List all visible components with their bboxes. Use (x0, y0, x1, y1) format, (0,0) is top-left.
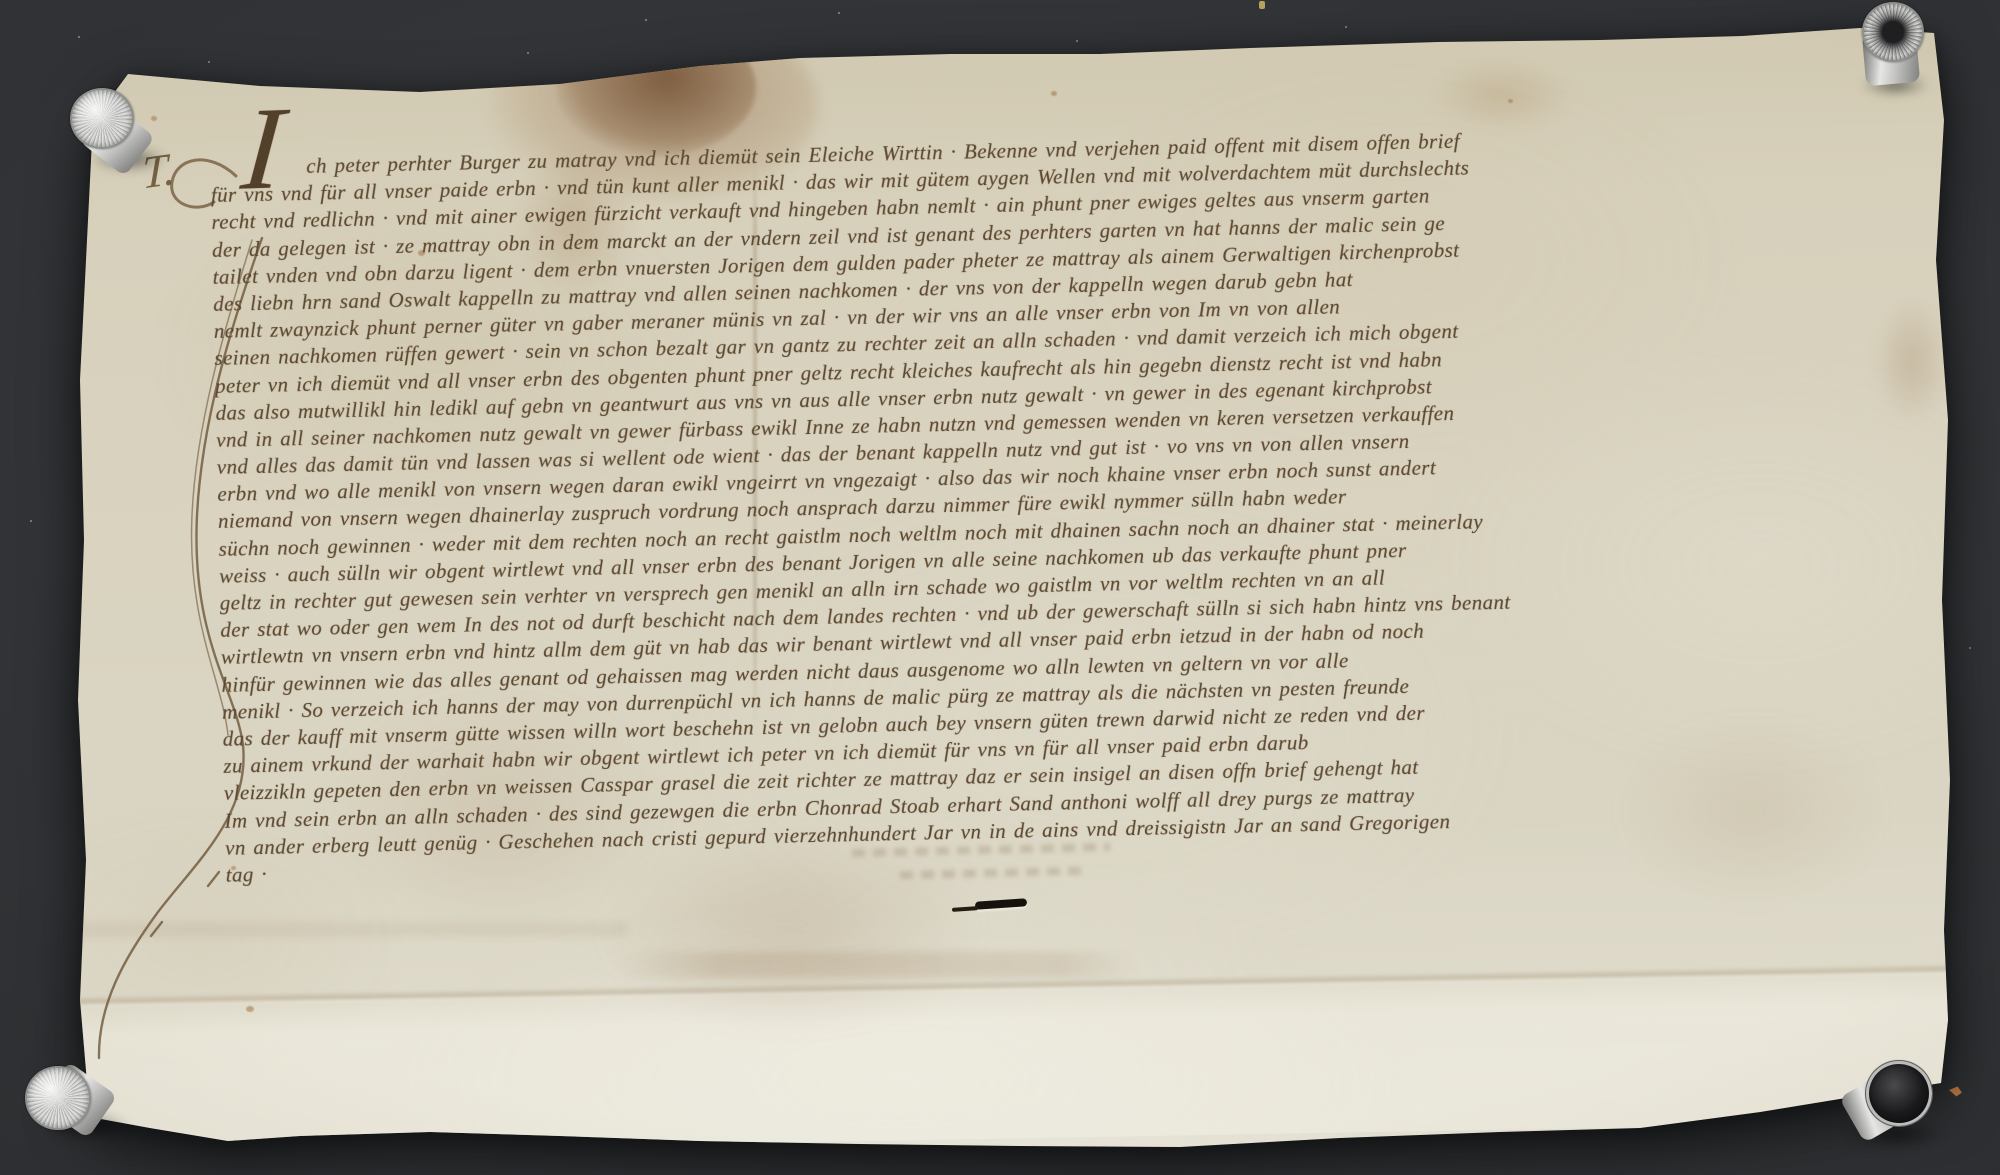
weight-face (1866, 1061, 1932, 1126)
photograph: T. I ch peter perhter Burger zu matray v… (0, 0, 2000, 1175)
parchment-charter: T. I ch peter perhter Burger zu matray v… (0, 0, 2000, 1175)
edge-shading (0, 0, 2000, 1175)
weight-face (25, 1066, 91, 1130)
parchment-wrap: T. I ch peter perhter Burger zu matray v… (0, 0, 2000, 1175)
weight-face (1862, 2, 1924, 62)
weight-face (70, 88, 134, 149)
